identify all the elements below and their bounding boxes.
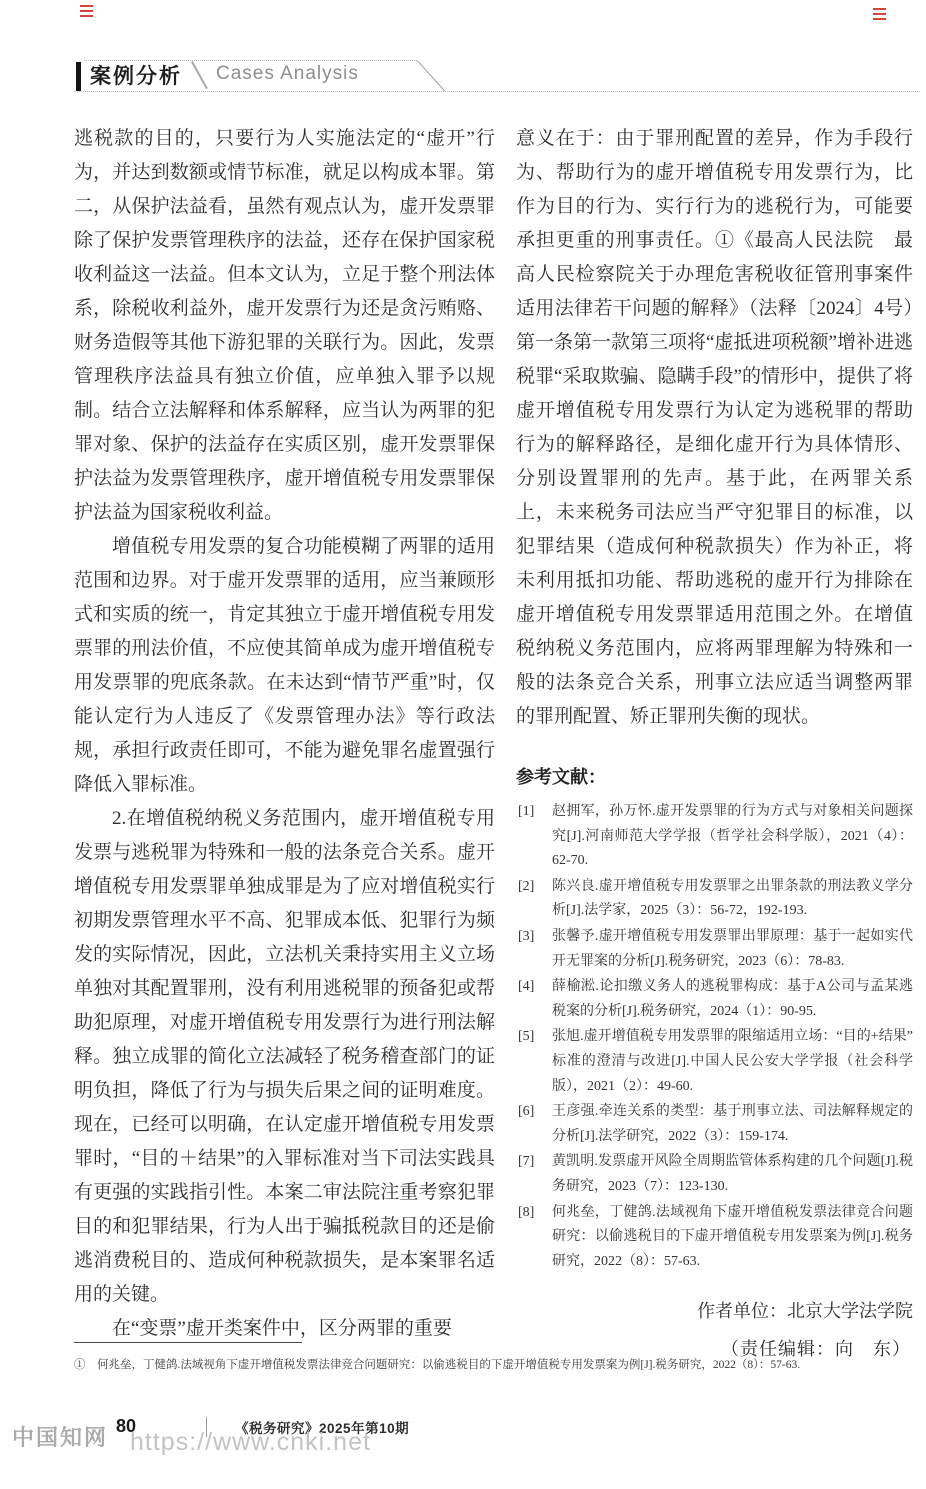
reference-text: 赵拥军，孙万怀.虚开发票罪的行为方式与对象相关问题探究[J].河南师范大学学报（…: [552, 804, 913, 868]
section-title-en: Cases Analysis: [216, 63, 359, 85]
section-marker-bar: [76, 62, 81, 91]
header-tab-diagonal-edge: [417, 60, 445, 91]
reference-item: [4] 薛榆淞.论扣缴义务人的逃税罪构成：基于A公司与孟某逃税案的分析[J].税…: [516, 975, 913, 1024]
reference-number: [6]: [518, 1100, 534, 1125]
body-paragraph: 意义在于：由于罪刑配置的差异，作为手段行为、帮助行为的虚开增值税专用发票行为，比…: [516, 122, 913, 734]
reference-number: [7]: [518, 1150, 534, 1175]
reference-number: [1]: [518, 800, 534, 825]
reference-number: [8]: [518, 1201, 534, 1226]
reference-item: [2] 陈兴良.虚开增值税专用发票罪之出罪条款的刑法教义学分析[J].法学家，2…: [516, 875, 913, 924]
reference-text: 陈兴良.虚开增值税专用发票罪之出罪条款的刑法教义学分析[J].法学家，2025（…: [552, 879, 913, 919]
left-column: 逃税款的目的，只要行为人实施法定的“虚开”行为，并达到数额或情节标准，就足以构成…: [74, 122, 495, 1346]
reference-text: 黄凯明.发票虚开风险全周期监管体系构建的几个问题[J].税务研究，2023（7）…: [552, 1154, 913, 1194]
references-heading: 参考文献：: [516, 764, 913, 790]
footnote-rule: [74, 1342, 302, 1343]
reference-item: [1] 赵拥军，孙万怀.虚开发票罪的行为方式与对象相关问题探究[J].河南师范大…: [516, 800, 913, 874]
reference-item: [5] 张旭.虚开增值税专用发票罪的限缩适用立场：“目的+结果”标准的澄清与改进…: [516, 1025, 913, 1099]
references-list: [1] 赵拥军，孙万怀.虚开发票罪的行为方式与对象相关问题探究[J].河南师范大…: [516, 800, 913, 1274]
reference-item: [6] 王彦强.牵连关系的类型：基于刑事立法、司法解释规定的分析[J].法学研究…: [516, 1100, 913, 1149]
body-paragraph: 2.在增值税纳税义务范围内，虚开增值税专用发票与逃税罪为特殊和一般的法条竞合关系…: [74, 802, 495, 1312]
reference-text: 张旭.虚开增值税专用发票罪的限缩适用立场：“目的+结果”标准的澄清与改进[J].…: [552, 1029, 913, 1093]
section-title-cn: 案例分析: [90, 60, 182, 90]
red-registration-mark-left: [80, 5, 93, 17]
reference-text: 薛榆淞.论扣缴义务人的逃税罪构成：基于A公司与孟某逃税案的分析[J].税务研究，…: [552, 979, 913, 1019]
header-baseline-rule: [74, 91, 920, 92]
reference-text: 张馨予.虚开增值税专用发票罪出罪原理：基于一起如实代开无罪案的分析[J].税务研…: [552, 929, 913, 969]
red-registration-mark-right: [873, 8, 886, 20]
right-column: 意义在于：由于罪刑配置的差异，作为手段行为、帮助行为的虚开增值税专用发票行为，比…: [516, 122, 913, 1368]
footnote-text: ① 何兆垒，丁健鸽.法域视角下虚开增值税发票法律竞合问题研究：以偷逃税目的下虚开…: [74, 1356, 914, 1374]
reference-text: 王彦强.牵连关系的类型：基于刑事立法、司法解释规定的分析[J].法学研究，202…: [552, 1104, 913, 1144]
reference-item: [8] 何兆垒，丁健鸽.法域视角下虚开增值税发票法律竞合问题研究：以偷逃税目的下…: [516, 1201, 913, 1275]
reference-number: [5]: [518, 1025, 534, 1050]
header-title-separator-slash: [191, 61, 207, 89]
journal-page: 案例分析 Cases Analysis 逃税款的目的，只要行为人实施法定的“虚开…: [0, 0, 926, 1489]
body-paragraph: 增值税专用发票的复合功能模糊了两罪的适用范围和边界。对于虚开发票罪的适用，应当兼…: [74, 530, 495, 802]
body-paragraph: 在“变票”虚开类案件中，区分两罪的重要: [74, 1312, 495, 1346]
reference-item: [3] 张馨予.虚开增值税专用发票罪出罪原理：基于一起如实代开无罪案的分析[J]…: [516, 925, 913, 974]
reference-number: [2]: [518, 875, 534, 900]
reference-item: [7] 黄凯明.发票虚开风险全周期监管体系构建的几个问题[J].税务研究，202…: [516, 1150, 913, 1199]
body-paragraph: 逃税款的目的，只要行为人实施法定的“虚开”行为，并达到数额或情节标准，就足以构成…: [74, 122, 495, 530]
author-affiliation: 作者单位：北京大学法学院: [516, 1292, 913, 1330]
reference-number: [3]: [518, 925, 534, 950]
cnki-watermark-brand: 中国知网: [12, 1421, 108, 1452]
reference-number: [4]: [518, 975, 534, 1000]
reference-text: 何兆垒，丁健鸽.法域视角下虚开增值税发票法律竞合问题研究：以偷逃税目的下虚开增值…: [552, 1205, 913, 1269]
cnki-watermark-url: https://www.cnki.net: [130, 1428, 371, 1457]
